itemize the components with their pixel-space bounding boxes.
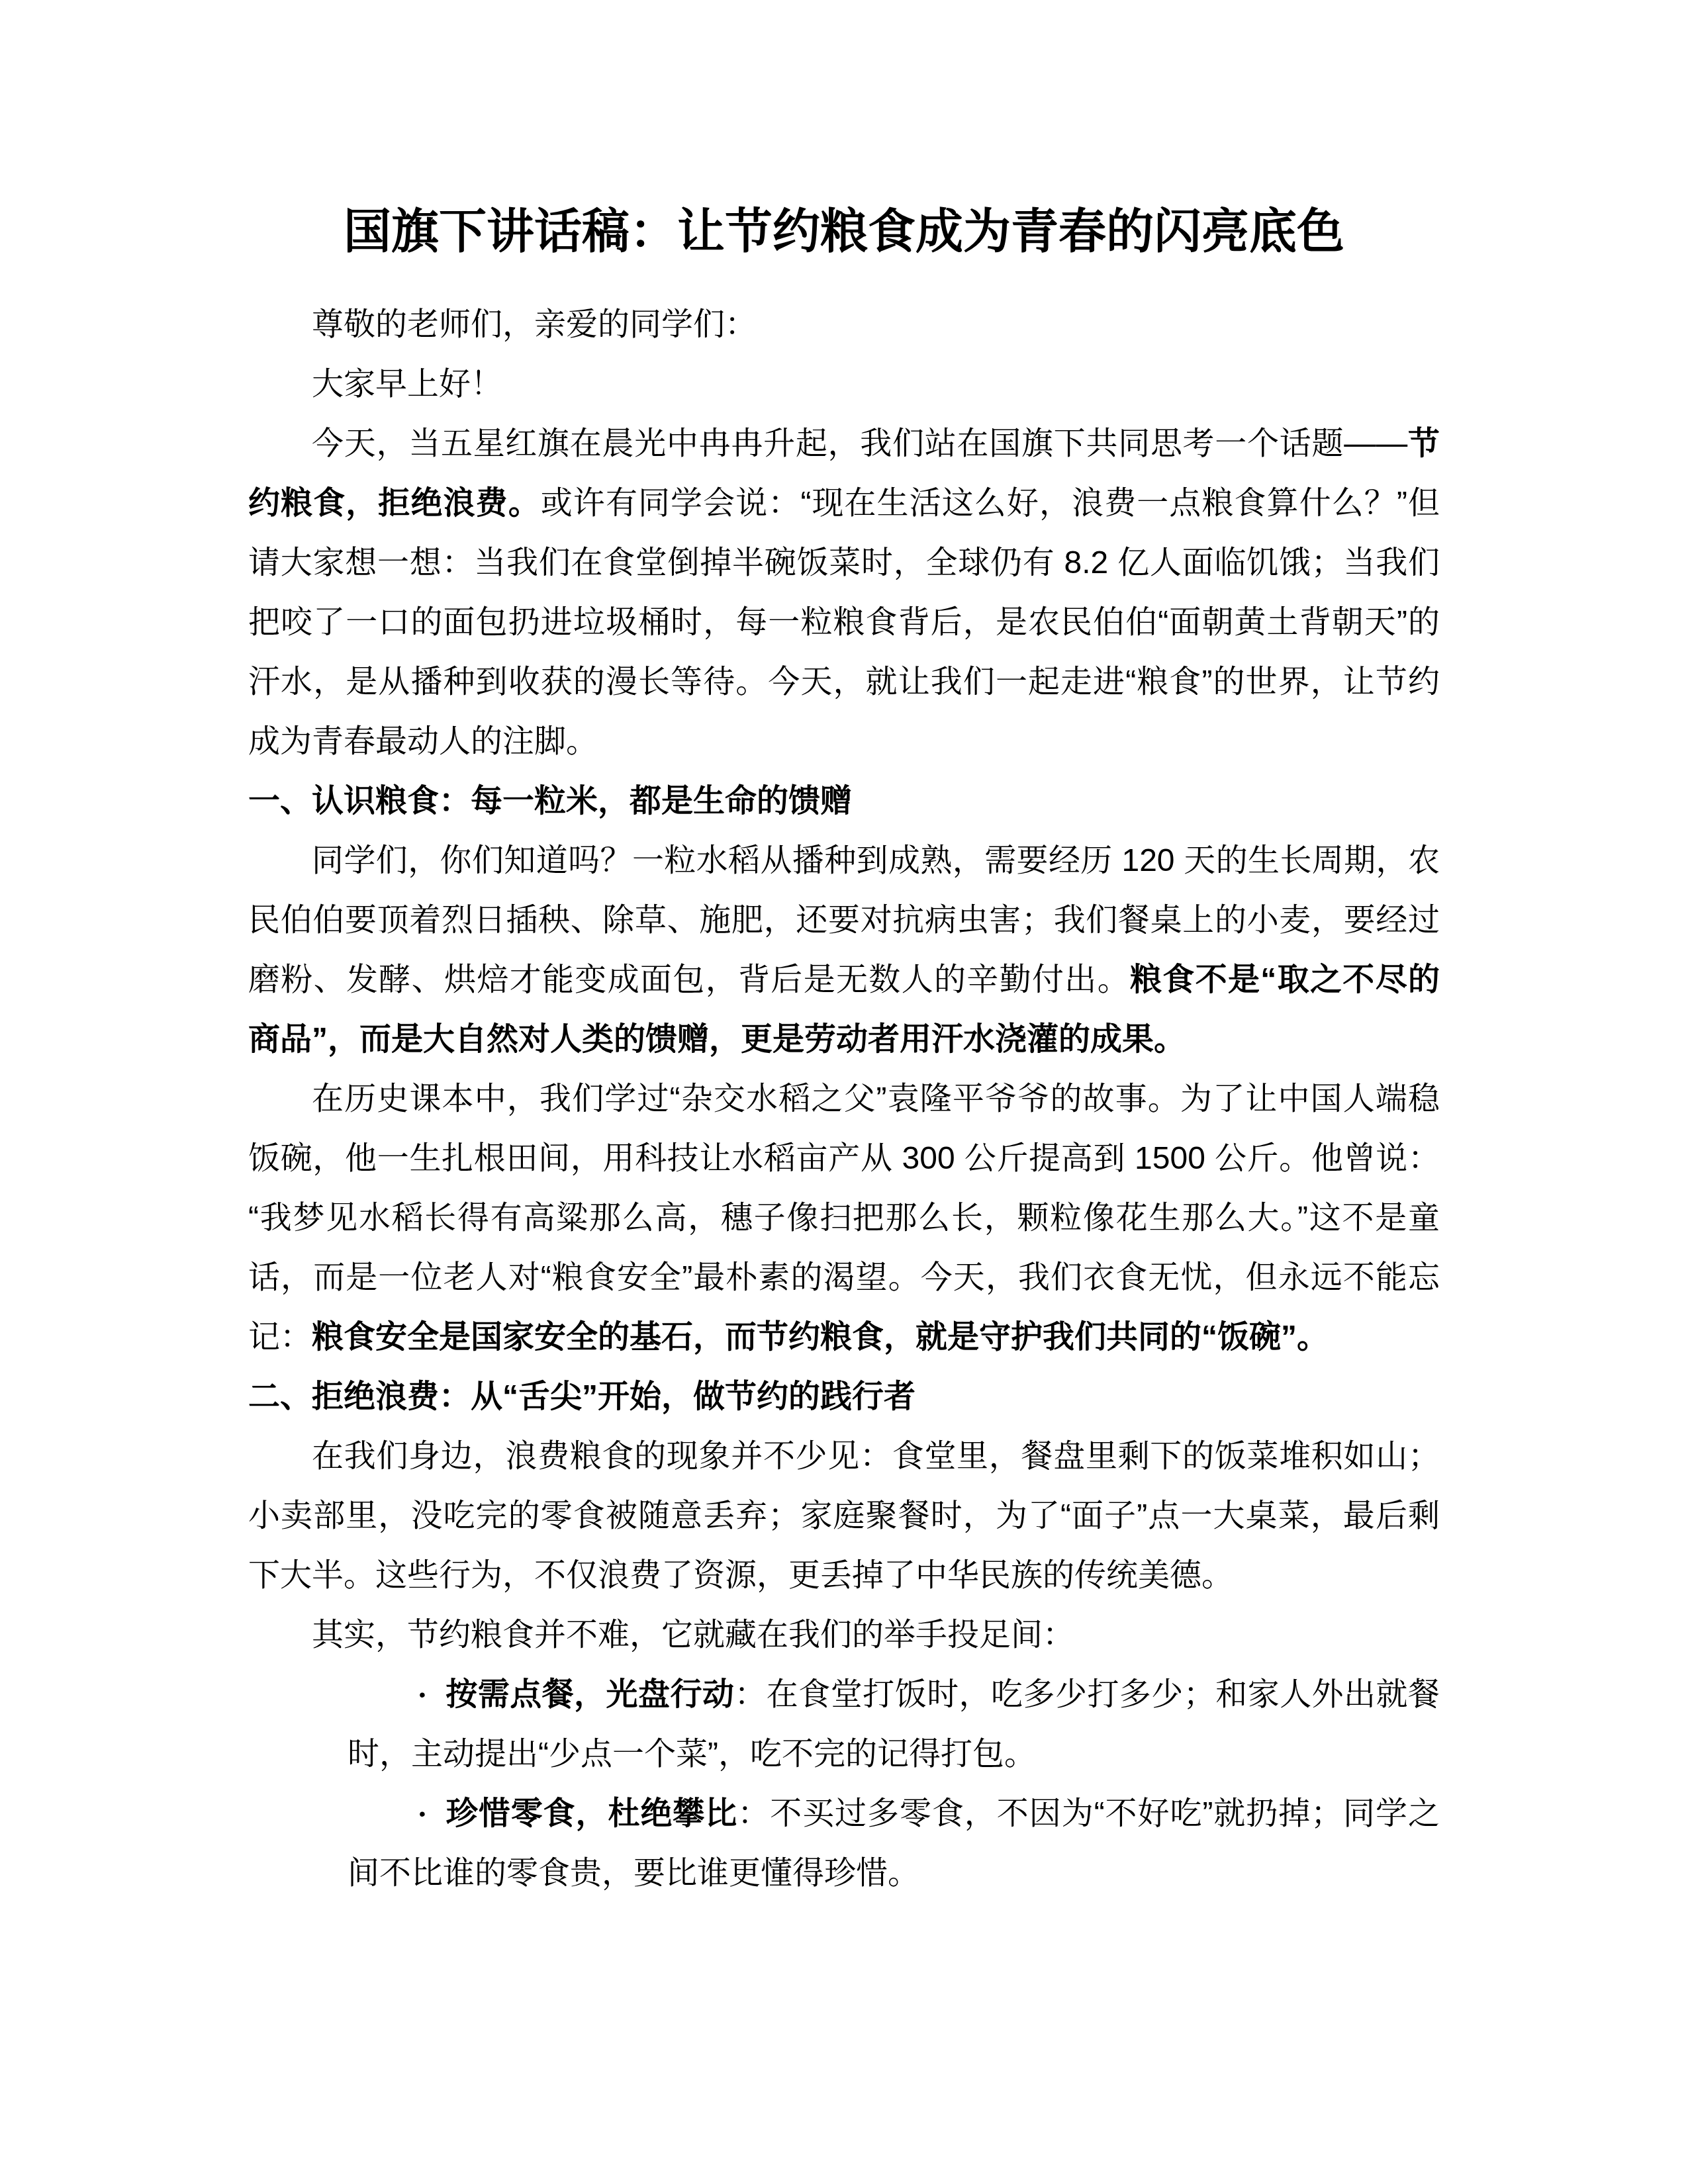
text-run: 今天，当五星红旗在晨光中冉冉升起，我们站在国旗下共同思考一个话题—— xyxy=(312,426,1407,461)
document-page: 国旗下讲话稿：让节约粮食成为青春的闪亮底色 尊敬的老师们，亲爱的同学们：大家早上… xyxy=(0,0,1688,2184)
bullet-dot-icon: • xyxy=(419,1684,426,1705)
text-run: 在我们身边，浪费粮食的现象并不少见：食堂里，餐盘里剩下的饭菜堆积如山；小卖部里，… xyxy=(248,1439,1440,1593)
bullet-item: •珍惜零食，杜绝攀比：不买过多零食，不因为“不好吃”就扔掉；同学之间不比谁的零食… xyxy=(348,1784,1440,1903)
text-run: 大家早上好！ xyxy=(312,367,502,402)
document-body: 尊敬的老师们，亲爱的同学们：大家早上好！今天，当五星红旗在晨光中冉冉升起，我们站… xyxy=(248,295,1440,1903)
paragraph: 其实，节约粮食并不难，它就藏在我们的举手投足间： xyxy=(248,1606,1440,1665)
text-run: 在历史课本中，我们学过“杂交水稻之父”袁隆平爷爷的故事。为了让中国人端稳饭碗，他… xyxy=(248,1081,1440,1355)
section-heading: 二、拒绝浪费：从“舌尖”开始，做节约的践行者 xyxy=(248,1367,1440,1427)
bullet-item: •按需点餐，光盘行动：在食堂打饭时，吃多少打多少；和家人外出就餐时，主动提出“少… xyxy=(348,1665,1440,1784)
paragraph: 大家早上好！ xyxy=(248,355,1440,414)
text-run: 其实，节约粮食并不难，它就藏在我们的举手投足间： xyxy=(312,1617,1074,1653)
text-run: 或许有同学会说：“现在生活这么好，浪费一点粮食算什么？”但请大家想一想：当我们在… xyxy=(248,486,1440,759)
bullet-dot-icon: • xyxy=(419,1803,426,1824)
bold-text-run: 粮食安全是国家安全的基石，而节约粮食，就是守护我们共同的“饭碗”。 xyxy=(312,1320,1329,1355)
bold-text-run: 二、拒绝浪费：从“舌尖”开始，做节约的践行者 xyxy=(248,1379,915,1414)
bold-text-run: 珍惜零食，杜绝攀比 xyxy=(445,1796,737,1831)
section-heading: 一、认识粮食：每一粒米，都是生命的馈赠 xyxy=(248,772,1440,831)
paragraph: 尊敬的老师们，亲爱的同学们： xyxy=(248,295,1440,355)
paragraph: 在历史课本中，我们学过“杂交水稻之父”袁隆平爷爷的故事。为了让中国人端稳饭碗，他… xyxy=(248,1069,1440,1367)
bold-text-run: 按需点餐，光盘行动 xyxy=(445,1677,735,1712)
paragraph: 在我们身边，浪费粮食的现象并不少见：食堂里，餐盘里剩下的饭菜堆积如山；小卖部里，… xyxy=(248,1427,1440,1606)
document-title: 国旗下讲话稿：让节约粮食成为青春的闪亮底色 xyxy=(248,197,1440,266)
paragraph: 今天，当五星红旗在晨光中冉冉升起，我们站在国旗下共同思考一个话题——节约粮食，拒… xyxy=(248,414,1440,772)
paragraph: 同学们，你们知道吗？一粒水稻从播种到成熟，需要经历 120 天的生长周期，农民伯… xyxy=(248,831,1440,1069)
bold-text-run: 一、认识粮食：每一粒米，都是生命的馈赠 xyxy=(248,784,852,819)
text-run: 尊敬的老师们，亲爱的同学们： xyxy=(312,307,757,342)
